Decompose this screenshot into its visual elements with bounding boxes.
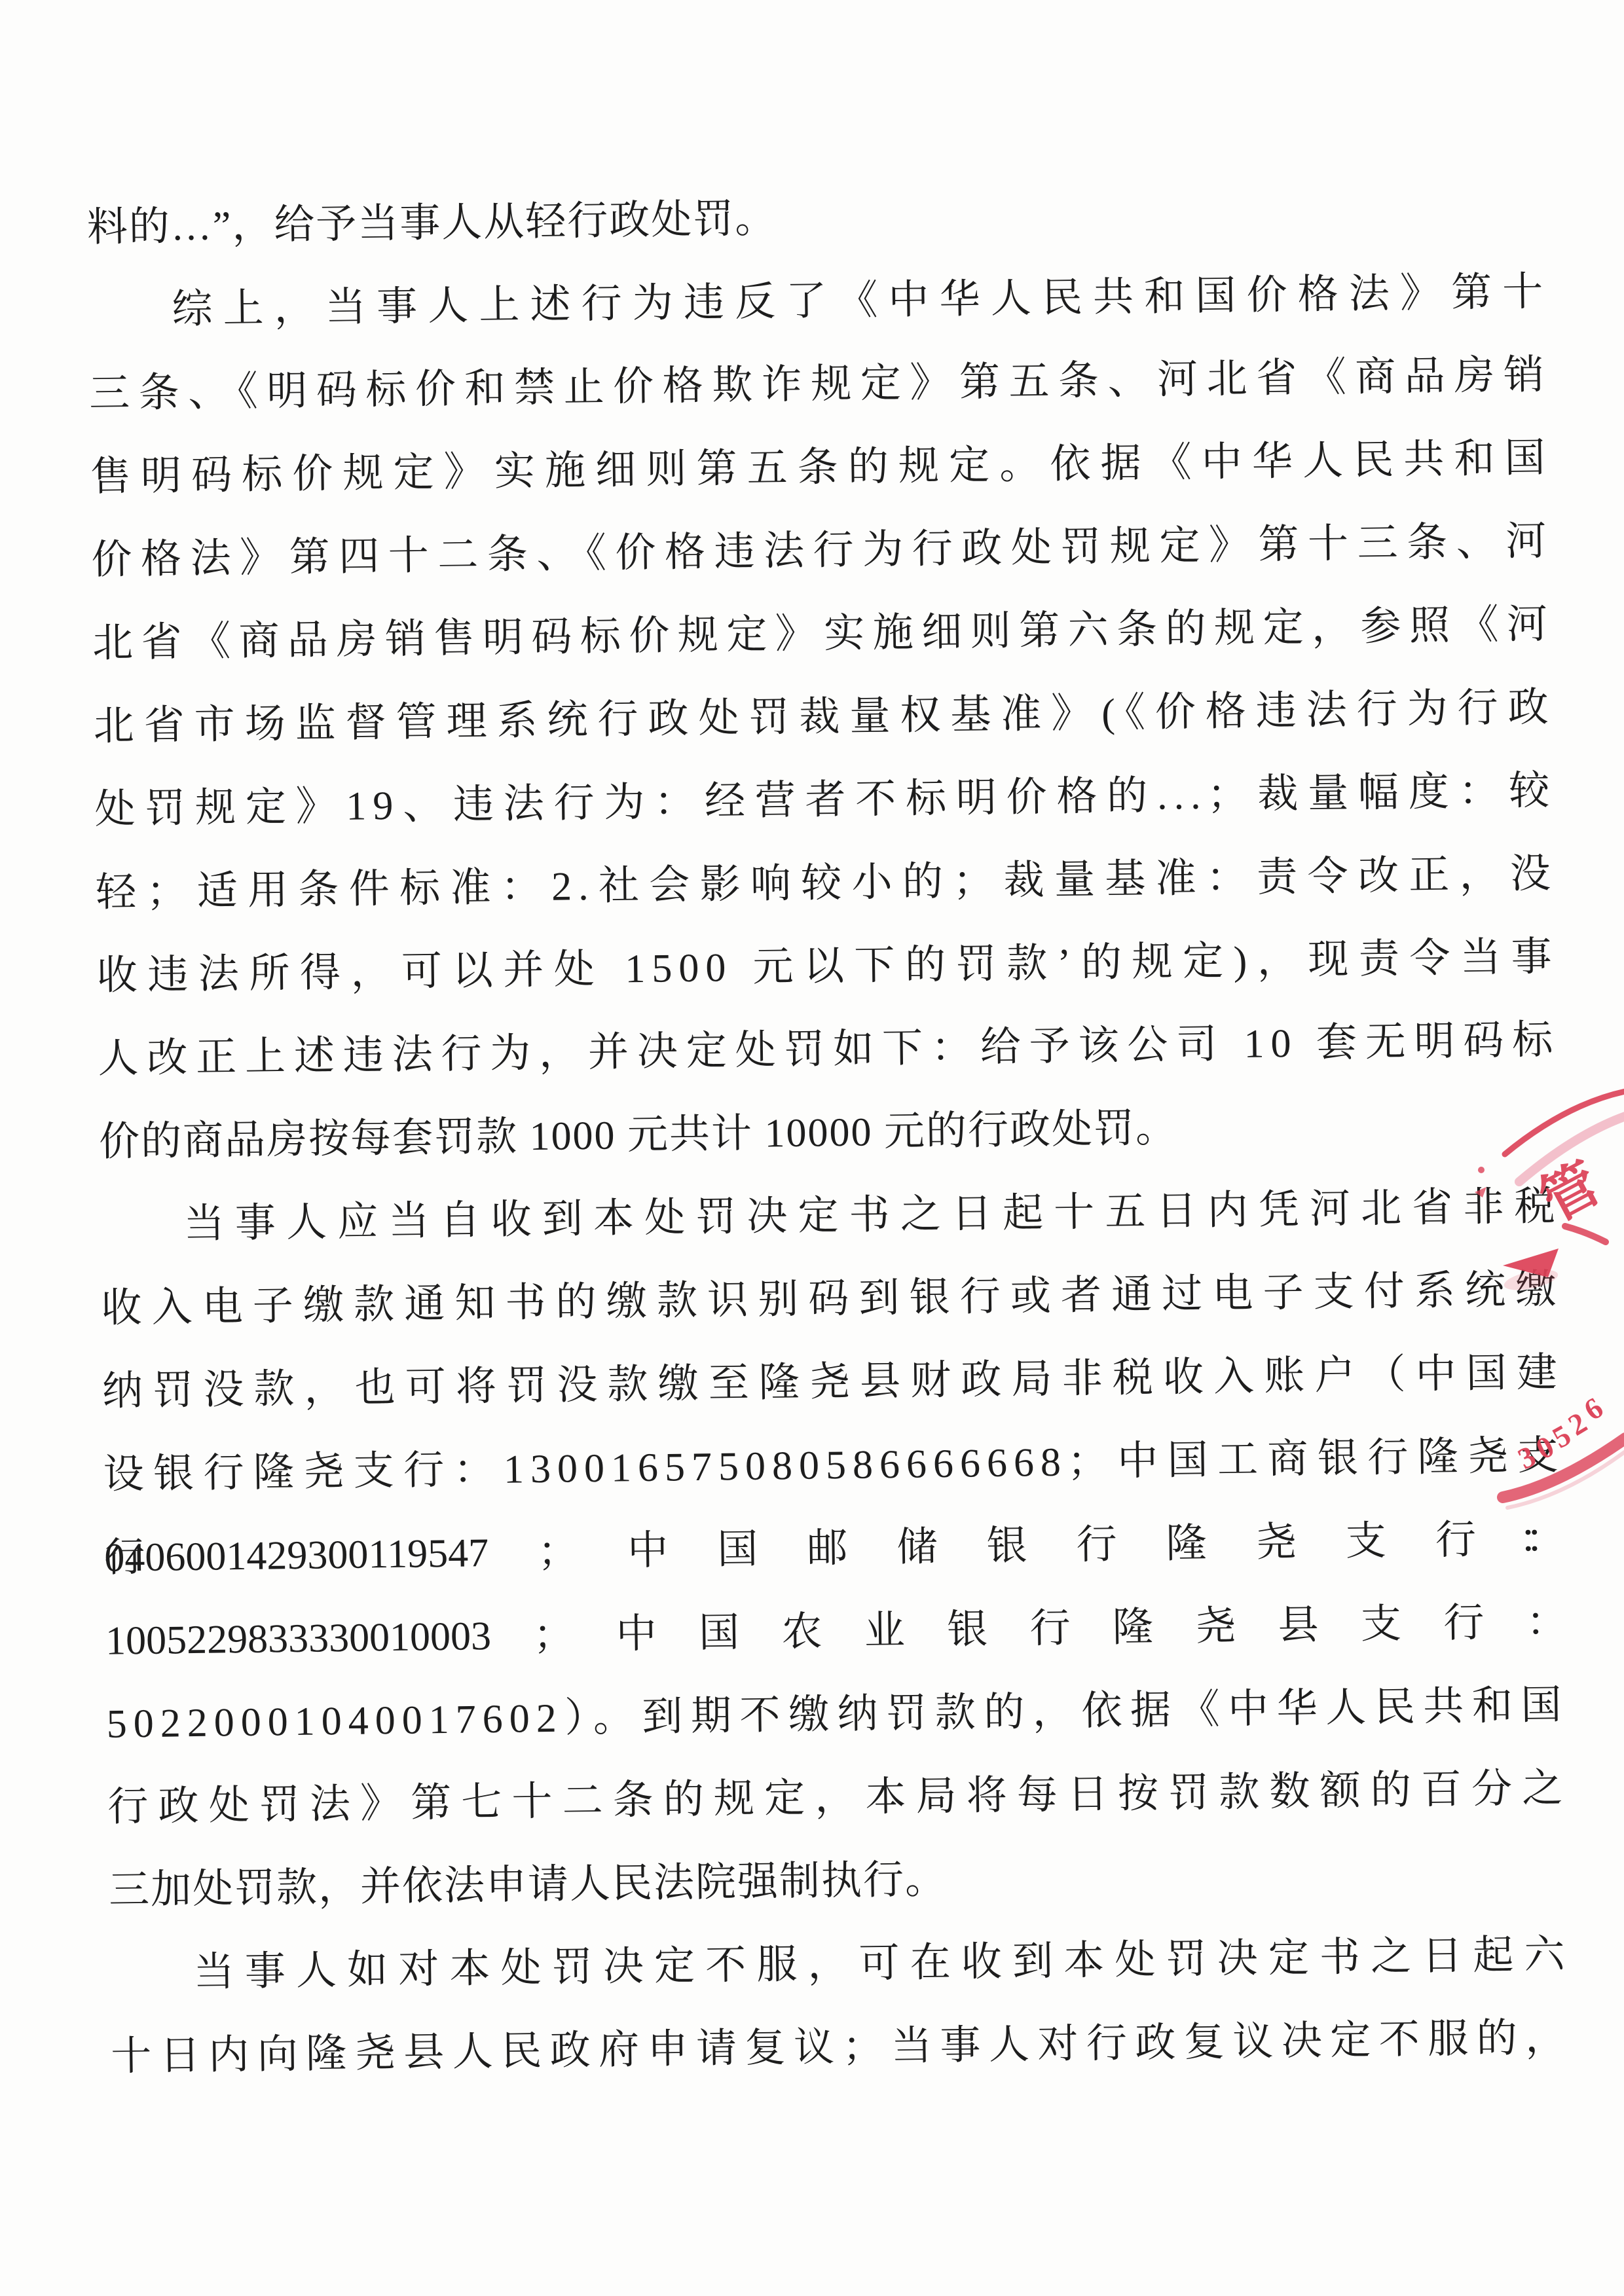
text-token: 1005229833330010003 [105,1595,492,1683]
text-token: 行 [1443,1582,1485,1666]
text-block: 料的…”，给予当事人从轻行政处罚。综上，当事人上述行为违反了《中华人民共和国价格… [86,168,1573,2099]
text-token: 银 [986,1504,1028,1588]
scanned-document-page: 料的…”，给予当事人从轻行政处罚。综上，当事人上述行为违反了《中华人民共和国价格… [0,0,1624,2296]
text-token: 尧 [1255,1501,1297,1585]
stamp-serial-digit: 6 [1578,1391,1609,1427]
text-token: 0406001429300119547 [104,1512,489,1600]
text-token: 行 [1076,1504,1118,1588]
text-token: 国 [698,1592,740,1675]
text-token: 中 [616,1593,657,1677]
text-token: 行 [1435,1499,1477,1582]
text-token: 隆 [1166,1503,1208,1586]
text-token: 国 [716,1508,758,1592]
text-token: 银 [946,1588,988,1672]
text-token: 储 [896,1506,938,1590]
stamp-stroke-fragment [1565,1226,1606,1242]
text-token: 尧 [1194,1585,1236,1669]
text-token: 业 [864,1590,906,1673]
text-token: 隆 [1112,1586,1154,1670]
text-token: ： [1524,1498,1566,1582]
text-token: ： [1526,1581,1568,1665]
text-token: 邮 [807,1507,849,1591]
text-token: 县 [1278,1584,1319,1668]
text-token: 行 [1029,1588,1071,1671]
text-token: 支 [1360,1583,1402,1667]
text-token: ； [533,1594,575,1677]
text-token: 农 [781,1590,823,1674]
stamp-serial-digit: 2 [1562,1406,1593,1442]
text-token: 中 [627,1510,669,1594]
text-token: ； [537,1510,579,1594]
text-token: 支 [1345,1500,1387,1584]
